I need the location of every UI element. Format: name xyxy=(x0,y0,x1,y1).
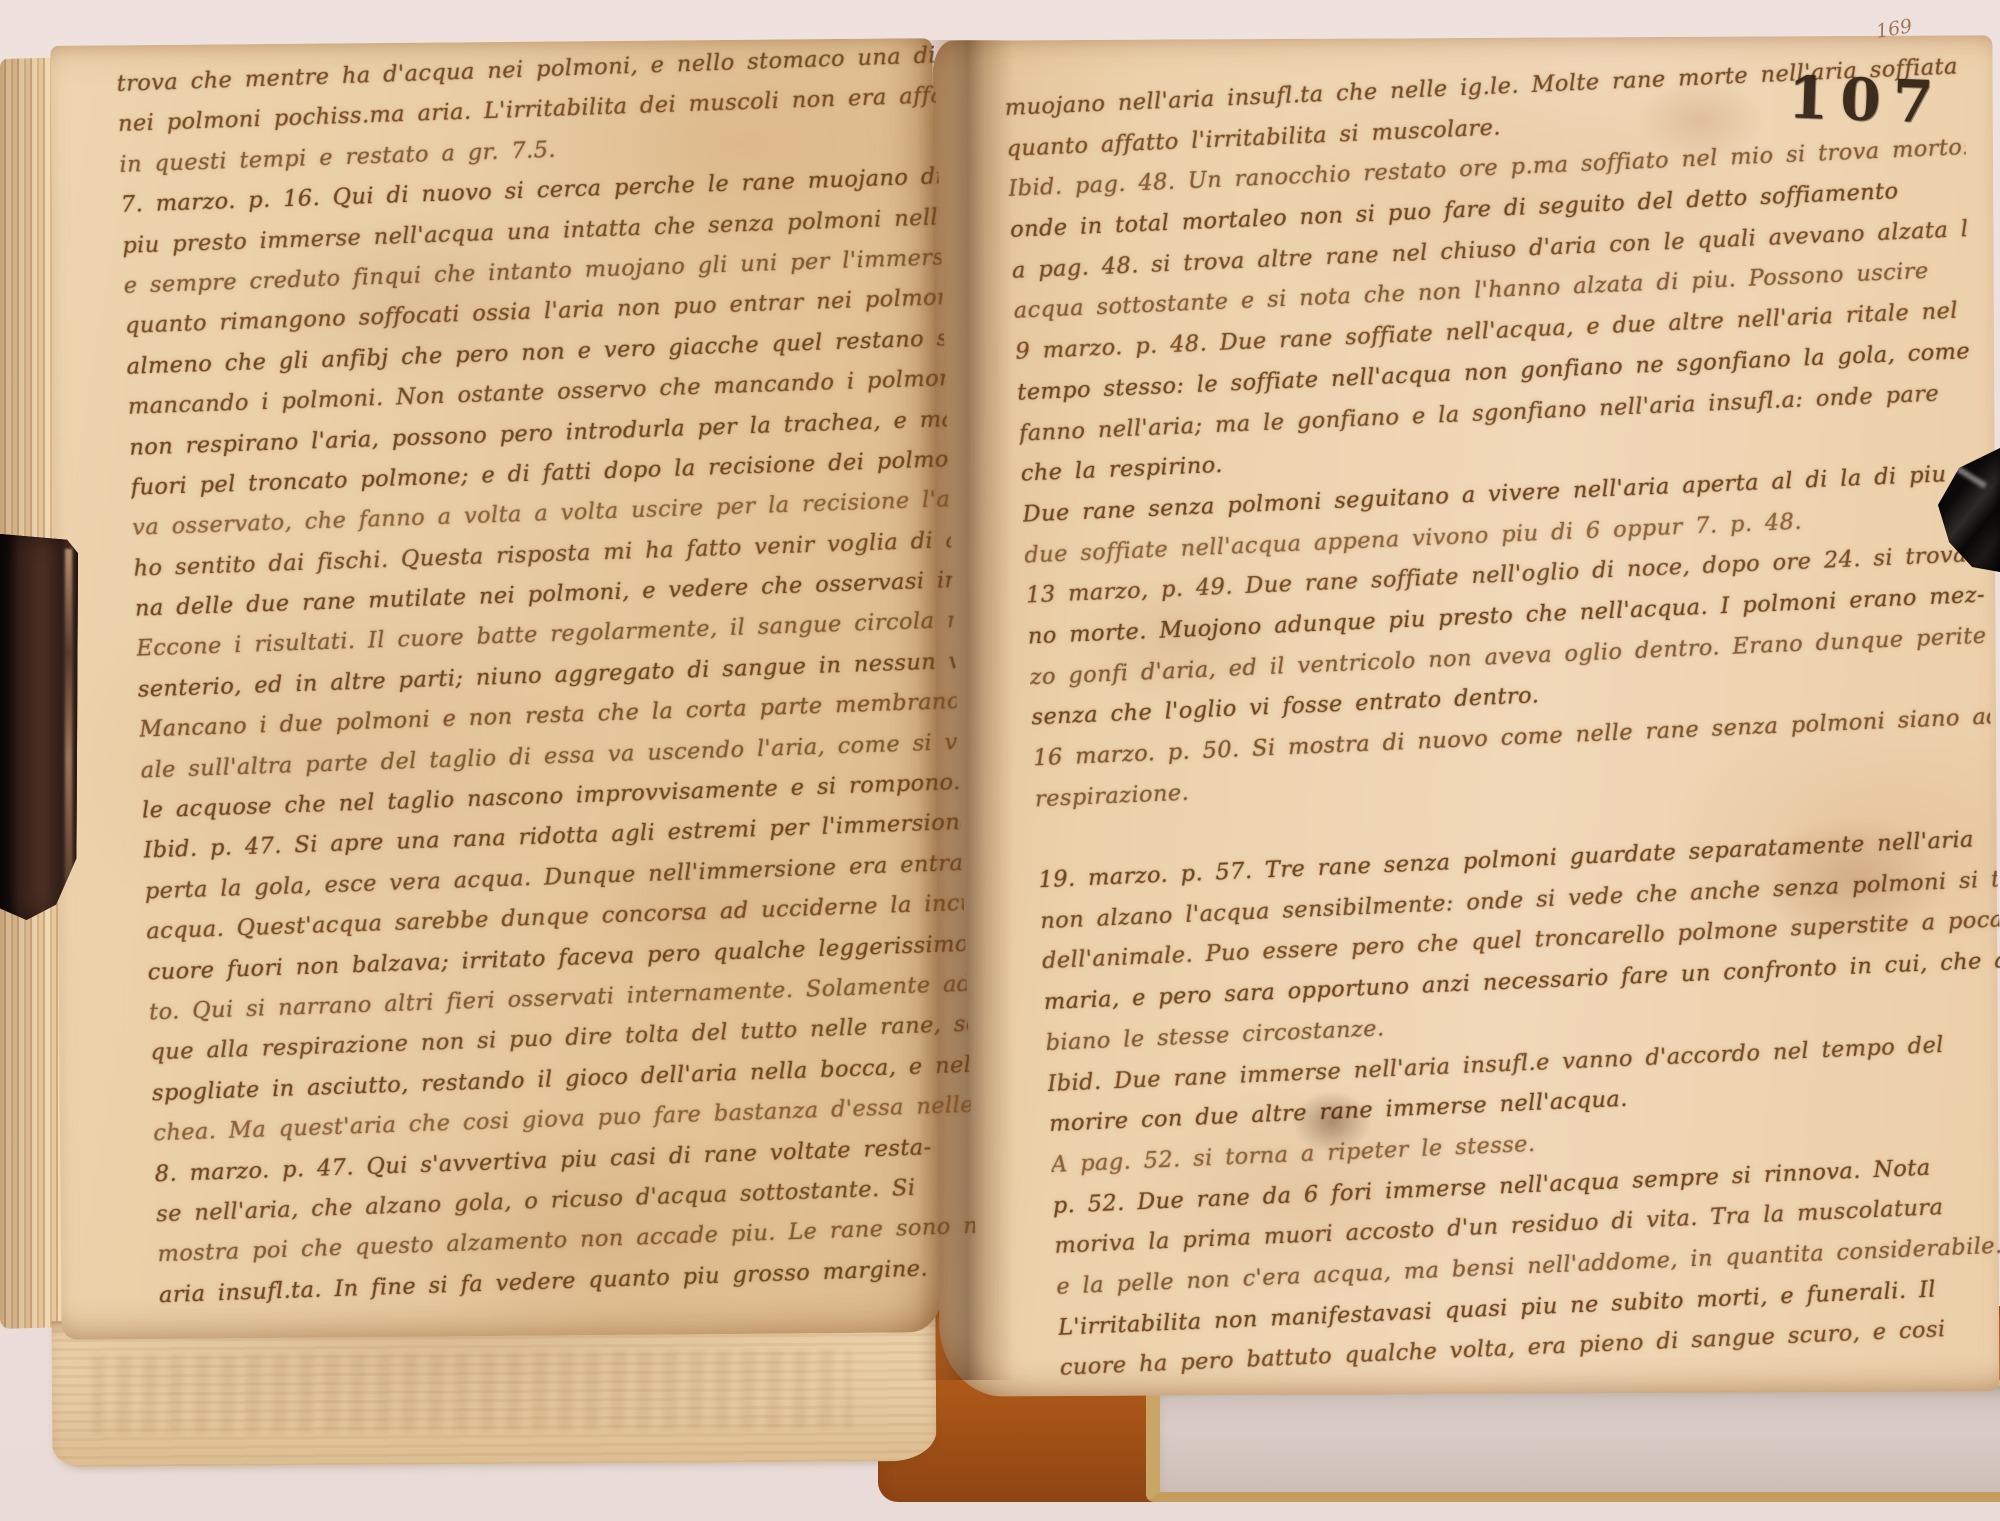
showthrough-text xyxy=(92,1350,853,1435)
page-number-stamp: 107 xyxy=(1787,63,1946,136)
left-page-text: trova che mentre ha d'acqua nei polmoni,… xyxy=(116,35,978,1325)
left-clasp xyxy=(0,534,78,920)
manuscript-photo: trova che mentre ha d'acqua nei polmoni,… xyxy=(0,0,2000,1521)
endpaper-panel xyxy=(1146,1380,2000,1502)
clasp-highlight xyxy=(65,549,72,896)
right-page-text: muojano nell'aria insufl.ta che nelle ig… xyxy=(1004,46,2000,1387)
clasp-highlight xyxy=(1955,465,1987,488)
